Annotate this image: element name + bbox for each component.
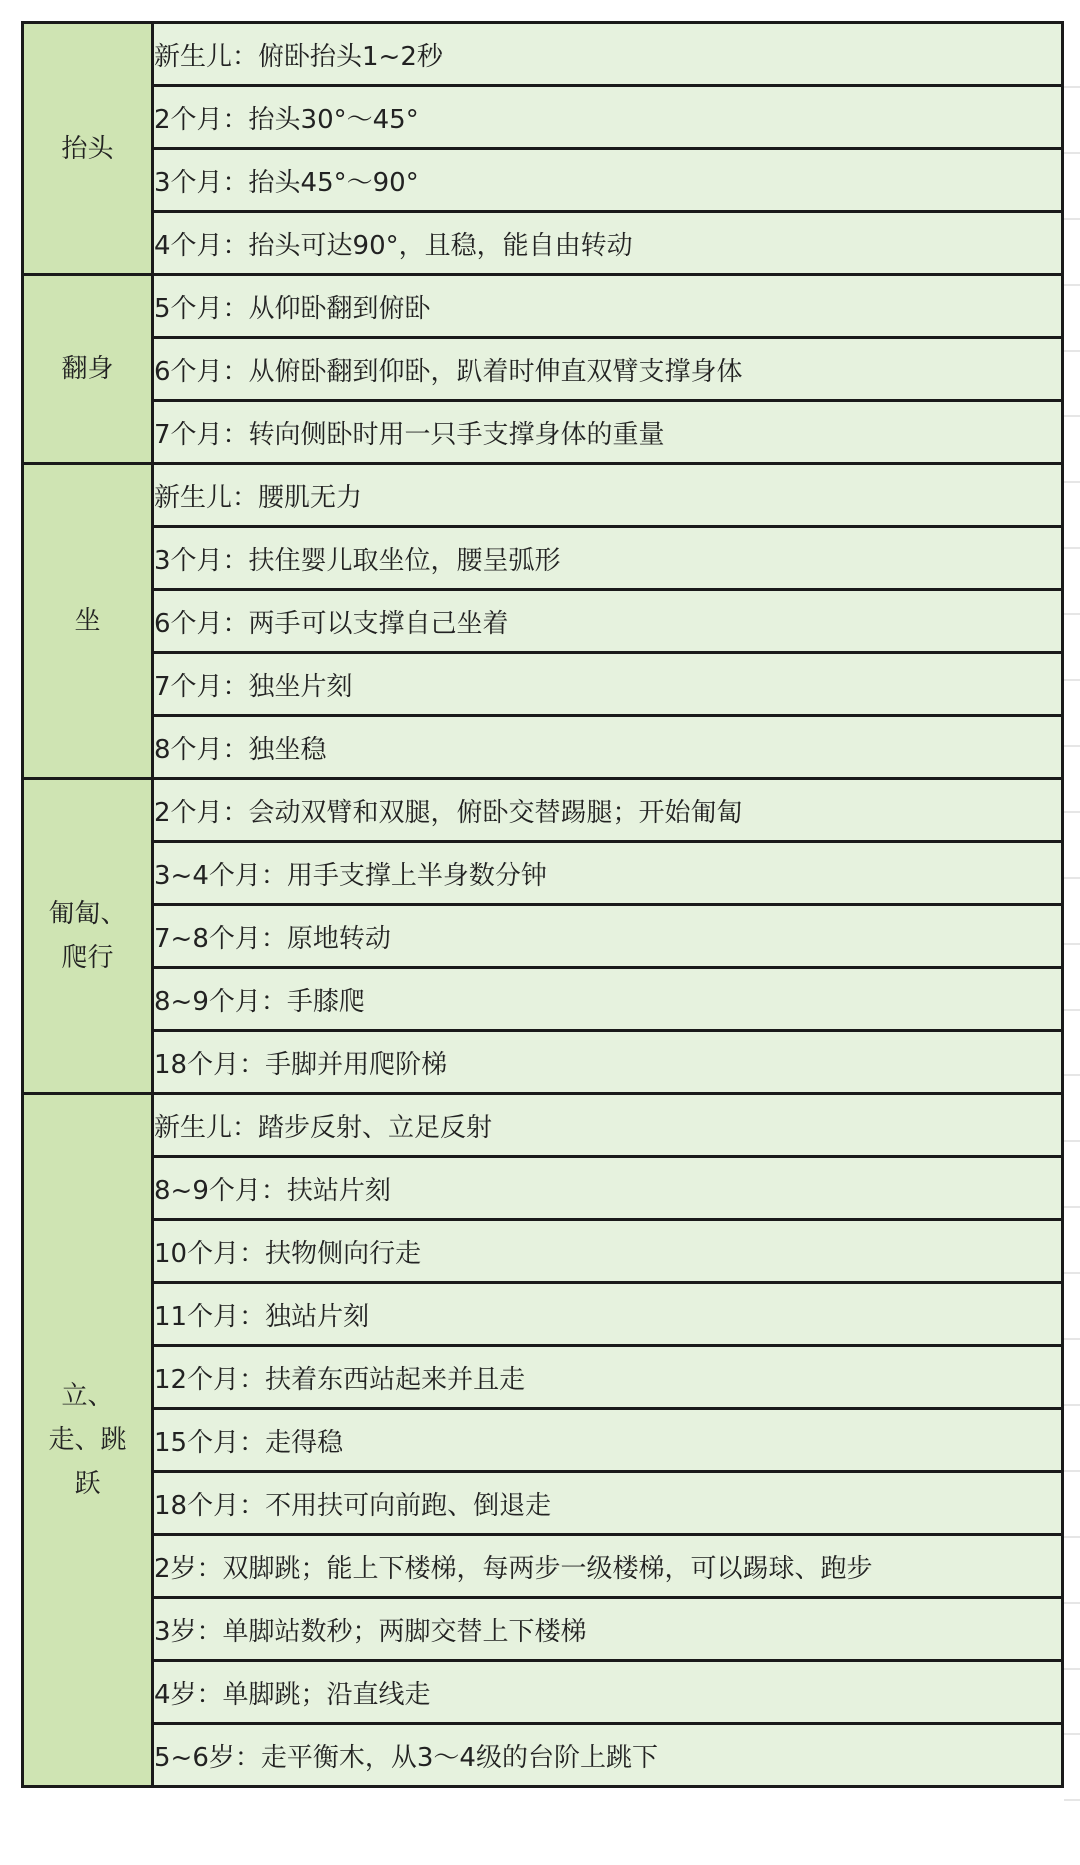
gridline bbox=[1064, 877, 1080, 879]
milestone-cell: 12个月：扶着东西站起来并且走 bbox=[153, 1346, 1063, 1409]
gridline bbox=[1064, 152, 1080, 154]
milestone-cell: 5个月：从仰卧翻到俯卧 bbox=[153, 275, 1063, 338]
table-row: 12个月：扶着东西站起来并且走 bbox=[23, 1346, 1063, 1409]
milestone-cell: 10个月：扶物侧向行走 bbox=[153, 1220, 1063, 1283]
gridline bbox=[1064, 481, 1080, 483]
milestone-cell: 2个月：抬头30°～45° bbox=[153, 86, 1063, 149]
table-row: 7个月：独坐片刻 bbox=[23, 653, 1063, 716]
table-row: 6个月：从俯卧翻到仰卧，趴着时伸直双臂支撑身体 bbox=[23, 338, 1063, 401]
milestone-cell: 5~6岁：走平衡木，从3～4级的台阶上跳下 bbox=[153, 1724, 1063, 1787]
milestone-cell: 8个月：独坐稳 bbox=[153, 716, 1063, 779]
table-row: 立、走、跳跃新生儿：踏步反射、立足反射 bbox=[23, 1094, 1063, 1157]
category-cell: 立、走、跳跃 bbox=[23, 1094, 153, 1787]
table-row: 坐新生儿：腰肌无力 bbox=[23, 464, 1063, 527]
table-row: 3个月：扶住婴儿取坐位，腰呈弧形 bbox=[23, 527, 1063, 590]
category-cell: 翻身 bbox=[23, 275, 153, 464]
table-row: 6个月：两手可以支撑自己坐着 bbox=[23, 590, 1063, 653]
milestone-cell: 新生儿：俯卧抬头1~2秒 bbox=[153, 23, 1063, 86]
milestone-cell: 3个月：抬头45°～90° bbox=[153, 149, 1063, 212]
table-row: 8个月：独坐稳 bbox=[23, 716, 1063, 779]
table-row: 4个月：抬头可达90°，且稳，能自由转动 bbox=[23, 212, 1063, 275]
gridline bbox=[1064, 1733, 1080, 1735]
gridline bbox=[1064, 1470, 1080, 1472]
gridline bbox=[1064, 1799, 1080, 1801]
gridline bbox=[1064, 1536, 1080, 1538]
gridline bbox=[1064, 1206, 1080, 1208]
gridline bbox=[1064, 415, 1080, 417]
table-row: 15个月：走得稳 bbox=[23, 1409, 1063, 1472]
category-label: 匍匐、爬行 bbox=[38, 892, 138, 980]
category-cell: 抬头 bbox=[23, 23, 153, 275]
table-row: 5~6岁：走平衡木，从3～4级的台阶上跳下 bbox=[23, 1724, 1063, 1787]
milestone-cell: 6个月：两手可以支撑自己坐着 bbox=[153, 590, 1063, 653]
gridline bbox=[1064, 811, 1080, 813]
milestone-cell: 3个月：扶住婴儿取坐位，腰呈弧形 bbox=[153, 527, 1063, 590]
gridline bbox=[1064, 613, 1080, 615]
milestone-cell: 2个月：会动双臂和双腿，俯卧交替踢腿；开始匍匐 bbox=[153, 779, 1063, 842]
table-row: 18个月：手脚并用爬阶梯 bbox=[23, 1031, 1063, 1094]
gridline bbox=[1064, 1404, 1080, 1406]
milestone-cell: 新生儿：腰肌无力 bbox=[153, 464, 1063, 527]
gridline bbox=[1064, 1272, 1080, 1274]
table-row: 抬头新生儿：俯卧抬头1~2秒 bbox=[23, 23, 1063, 86]
gridline bbox=[1064, 86, 1080, 88]
milestone-cell: 3~4个月：用手支撑上半身数分钟 bbox=[153, 842, 1063, 905]
category-label: 立、走、跳跃 bbox=[38, 1374, 138, 1506]
gridline bbox=[1064, 218, 1080, 220]
milestone-cell: 8~9个月：扶站片刻 bbox=[153, 1157, 1063, 1220]
table-row: 2个月：抬头30°～45° bbox=[23, 86, 1063, 149]
table-row: 3个月：抬头45°～90° bbox=[23, 149, 1063, 212]
gridline bbox=[1064, 1602, 1080, 1604]
gridline bbox=[1064, 943, 1080, 945]
milestone-cell: 15个月：走得稳 bbox=[153, 1409, 1063, 1472]
milestone-cell: 18个月：手脚并用爬阶梯 bbox=[153, 1031, 1063, 1094]
milestone-cell: 8~9个月：手膝爬 bbox=[153, 968, 1063, 1031]
table-row: 18个月：不用扶可向前跑、倒退走 bbox=[23, 1472, 1063, 1535]
table-row: 翻身5个月：从仰卧翻到俯卧 bbox=[23, 275, 1063, 338]
table-row: 3岁：单脚站数秒；两脚交替上下楼梯 bbox=[23, 1598, 1063, 1661]
gridline bbox=[1064, 745, 1080, 747]
table-row: 11个月：独站片刻 bbox=[23, 1283, 1063, 1346]
category-cell: 匍匐、爬行 bbox=[23, 779, 153, 1094]
table-row: 8~9个月：手膝爬 bbox=[23, 968, 1063, 1031]
milestone-cell: 3岁：单脚站数秒；两脚交替上下楼梯 bbox=[153, 1598, 1063, 1661]
milestone-cell: 6个月：从俯卧翻到仰卧，趴着时伸直双臂支撑身体 bbox=[153, 338, 1063, 401]
milestone-cell: 7个月：转向侧卧时用一只手支撑身体的重量 bbox=[153, 401, 1063, 464]
milestone-cell: 4个月：抬头可达90°，且稳，能自由转动 bbox=[153, 212, 1063, 275]
gridline bbox=[1064, 284, 1080, 286]
motor-development-table: 抬头新生儿：俯卧抬头1~2秒2个月：抬头30°～45°3个月：抬头45°～90°… bbox=[21, 21, 1064, 1788]
gridline bbox=[1064, 1009, 1080, 1011]
gridline bbox=[1064, 1668, 1080, 1670]
spreadsheet-gridlines bbox=[1064, 21, 1080, 1865]
milestone-cell: 2岁：双脚跳；能上下楼梯，每两步一级楼梯，可以踢球、跑步 bbox=[153, 1535, 1063, 1598]
table-row: 4岁：单脚跳；沿直线走 bbox=[23, 1661, 1063, 1724]
gridline bbox=[1064, 679, 1080, 681]
milestone-cell: 新生儿：踏步反射、立足反射 bbox=[153, 1094, 1063, 1157]
table-row: 匍匐、爬行2个月：会动双臂和双腿，俯卧交替踢腿；开始匍匐 bbox=[23, 779, 1063, 842]
gridline bbox=[1064, 1074, 1080, 1076]
gridline bbox=[1064, 350, 1080, 352]
gridline bbox=[1064, 1338, 1080, 1340]
milestone-cell: 7~8个月：原地转动 bbox=[153, 905, 1063, 968]
gridline bbox=[1064, 1140, 1080, 1142]
category-label: 坐 bbox=[38, 599, 138, 643]
table-row: 3~4个月：用手支撑上半身数分钟 bbox=[23, 842, 1063, 905]
category-label: 翻身 bbox=[38, 347, 138, 391]
table-row: 7个月：转向侧卧时用一只手支撑身体的重量 bbox=[23, 401, 1063, 464]
milestone-cell: 7个月：独坐片刻 bbox=[153, 653, 1063, 716]
category-label: 抬头 bbox=[38, 127, 138, 171]
table-row: 8~9个月：扶站片刻 bbox=[23, 1157, 1063, 1220]
milestone-cell: 18个月：不用扶可向前跑、倒退走 bbox=[153, 1472, 1063, 1535]
milestone-cell: 4岁：单脚跳；沿直线走 bbox=[153, 1661, 1063, 1724]
category-cell: 坐 bbox=[23, 464, 153, 779]
milestone-cell: 11个月：独站片刻 bbox=[153, 1283, 1063, 1346]
table-row: 2岁：双脚跳；能上下楼梯，每两步一级楼梯，可以踢球、跑步 bbox=[23, 1535, 1063, 1598]
gridline bbox=[1064, 547, 1080, 549]
table-row: 7~8个月：原地转动 bbox=[23, 905, 1063, 968]
table-row: 10个月：扶物侧向行走 bbox=[23, 1220, 1063, 1283]
